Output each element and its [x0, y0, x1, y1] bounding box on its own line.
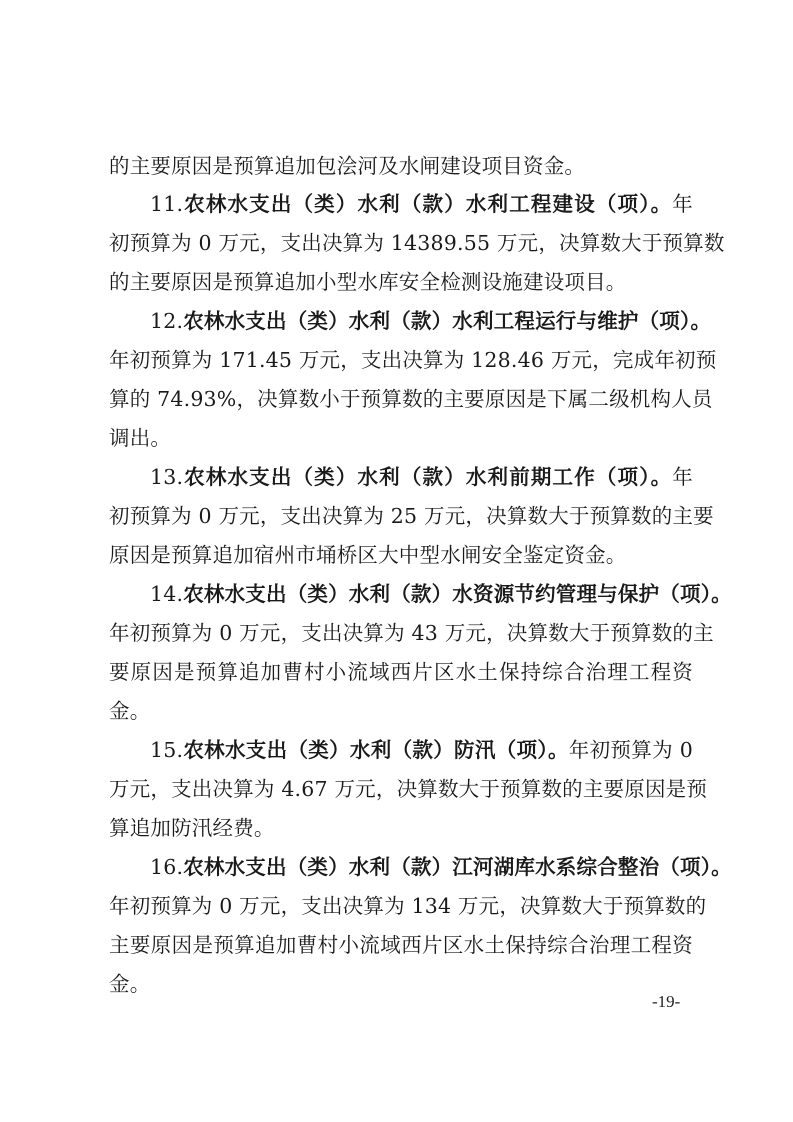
item-heading-tail: 年初预算为 0 — [569, 738, 693, 762]
item-title: 农林水支出（类）水利（款）水利工程运行与维护（项）。 — [183, 309, 711, 333]
item-number: 12. — [150, 309, 183, 333]
page-number: -19- — [652, 992, 680, 1012]
body-line: 原因是预算追加宿州市埇桥区大中型水闸安全鉴定资金。 — [109, 537, 627, 573]
item-number: 14. — [150, 582, 183, 606]
body-line: 金。 — [109, 693, 150, 729]
item-heading-13: 13.农林水支出（类）水利（款）水利前期工作（项）。年 — [150, 459, 693, 495]
body-line: 年初预算为 0 万元，支出决算为 134 万元，决算数大于预算数的 — [109, 888, 693, 924]
item-heading-tail: 年 — [672, 465, 693, 489]
item-heading-12: 12.农林水支出（类）水利（款）水利工程运行与维护（项）。 — [150, 303, 693, 339]
item-title: 农林水支出（类）水利（款）防汛（项）。 — [183, 738, 569, 762]
body-line: 金。 — [109, 966, 150, 1002]
item-heading-16: 16.农林水支出（类）水利（款）江河湖库水系综合整治（项）。 — [150, 849, 693, 885]
body-line: 主要原因是预算追加曹村小流域西片区水土保持综合治理工程资 — [109, 927, 693, 963]
body-line: 算追加防汛经费。 — [109, 810, 275, 846]
body-line: 年初预算为 171.45 万元，支出决算为 128.46 万元，完成年初预 — [109, 342, 693, 378]
item-heading-14: 14.农林水支出（类）水利（款）水资源节约管理与保护（项）。 — [150, 576, 693, 612]
item-number: 16. — [150, 855, 183, 879]
item-title: 农林水支出（类）水利（款）水资源节约管理与保护（项）。 — [183, 582, 732, 606]
item-heading-15: 15.农林水支出（类）水利（款）防汛（项）。年初预算为 0 — [150, 732, 693, 768]
item-number: 11. — [150, 192, 183, 216]
item-title: 农林水支出（类）水利（款）水利前期工作（项）。 — [183, 465, 672, 489]
item-heading-tail: 年 — [672, 192, 693, 216]
body-line: 初预算为 0 万元，支出决算为 14389.55 万元，决算数大于预算数 — [109, 225, 693, 261]
body-line: 算的 74.93%，决算数小于预算数的主要原因是下属二级机构人员 — [109, 381, 693, 417]
body-line: 初预算为 0 万元，支出决算为 25 万元，决算数大于预算数的主要 — [109, 498, 693, 534]
body-line: 万元，支出决算为 4.67 万元，决算数大于预算数的主要原因是预 — [109, 771, 693, 807]
item-title: 农林水支出（类）水利（款）江河湖库水系综合整治（项）。 — [183, 855, 732, 879]
body-line: 的主要原因是预算追加包浍河及水闸建设项目资金。 — [109, 148, 585, 184]
body-line: 的主要原因是预算追加小型水库安全检测设施建设项目。 — [109, 264, 627, 300]
item-title: 农林水支出（类）水利（款）水利工程建设（项）。 — [183, 192, 672, 216]
body-line: 调出。 — [109, 420, 171, 456]
item-number: 13. — [150, 465, 183, 489]
item-number: 15. — [150, 738, 183, 762]
body-line: 要原因是预算追加曹村小流域西片区水土保持综合治理工程资 — [109, 654, 693, 690]
body-line: 年初预算为 0 万元，支出决算为 43 万元，决算数大于预算数的主 — [109, 615, 693, 651]
item-heading-11: 11.农林水支出（类）水利（款）水利工程建设（项）。年 — [150, 186, 693, 222]
